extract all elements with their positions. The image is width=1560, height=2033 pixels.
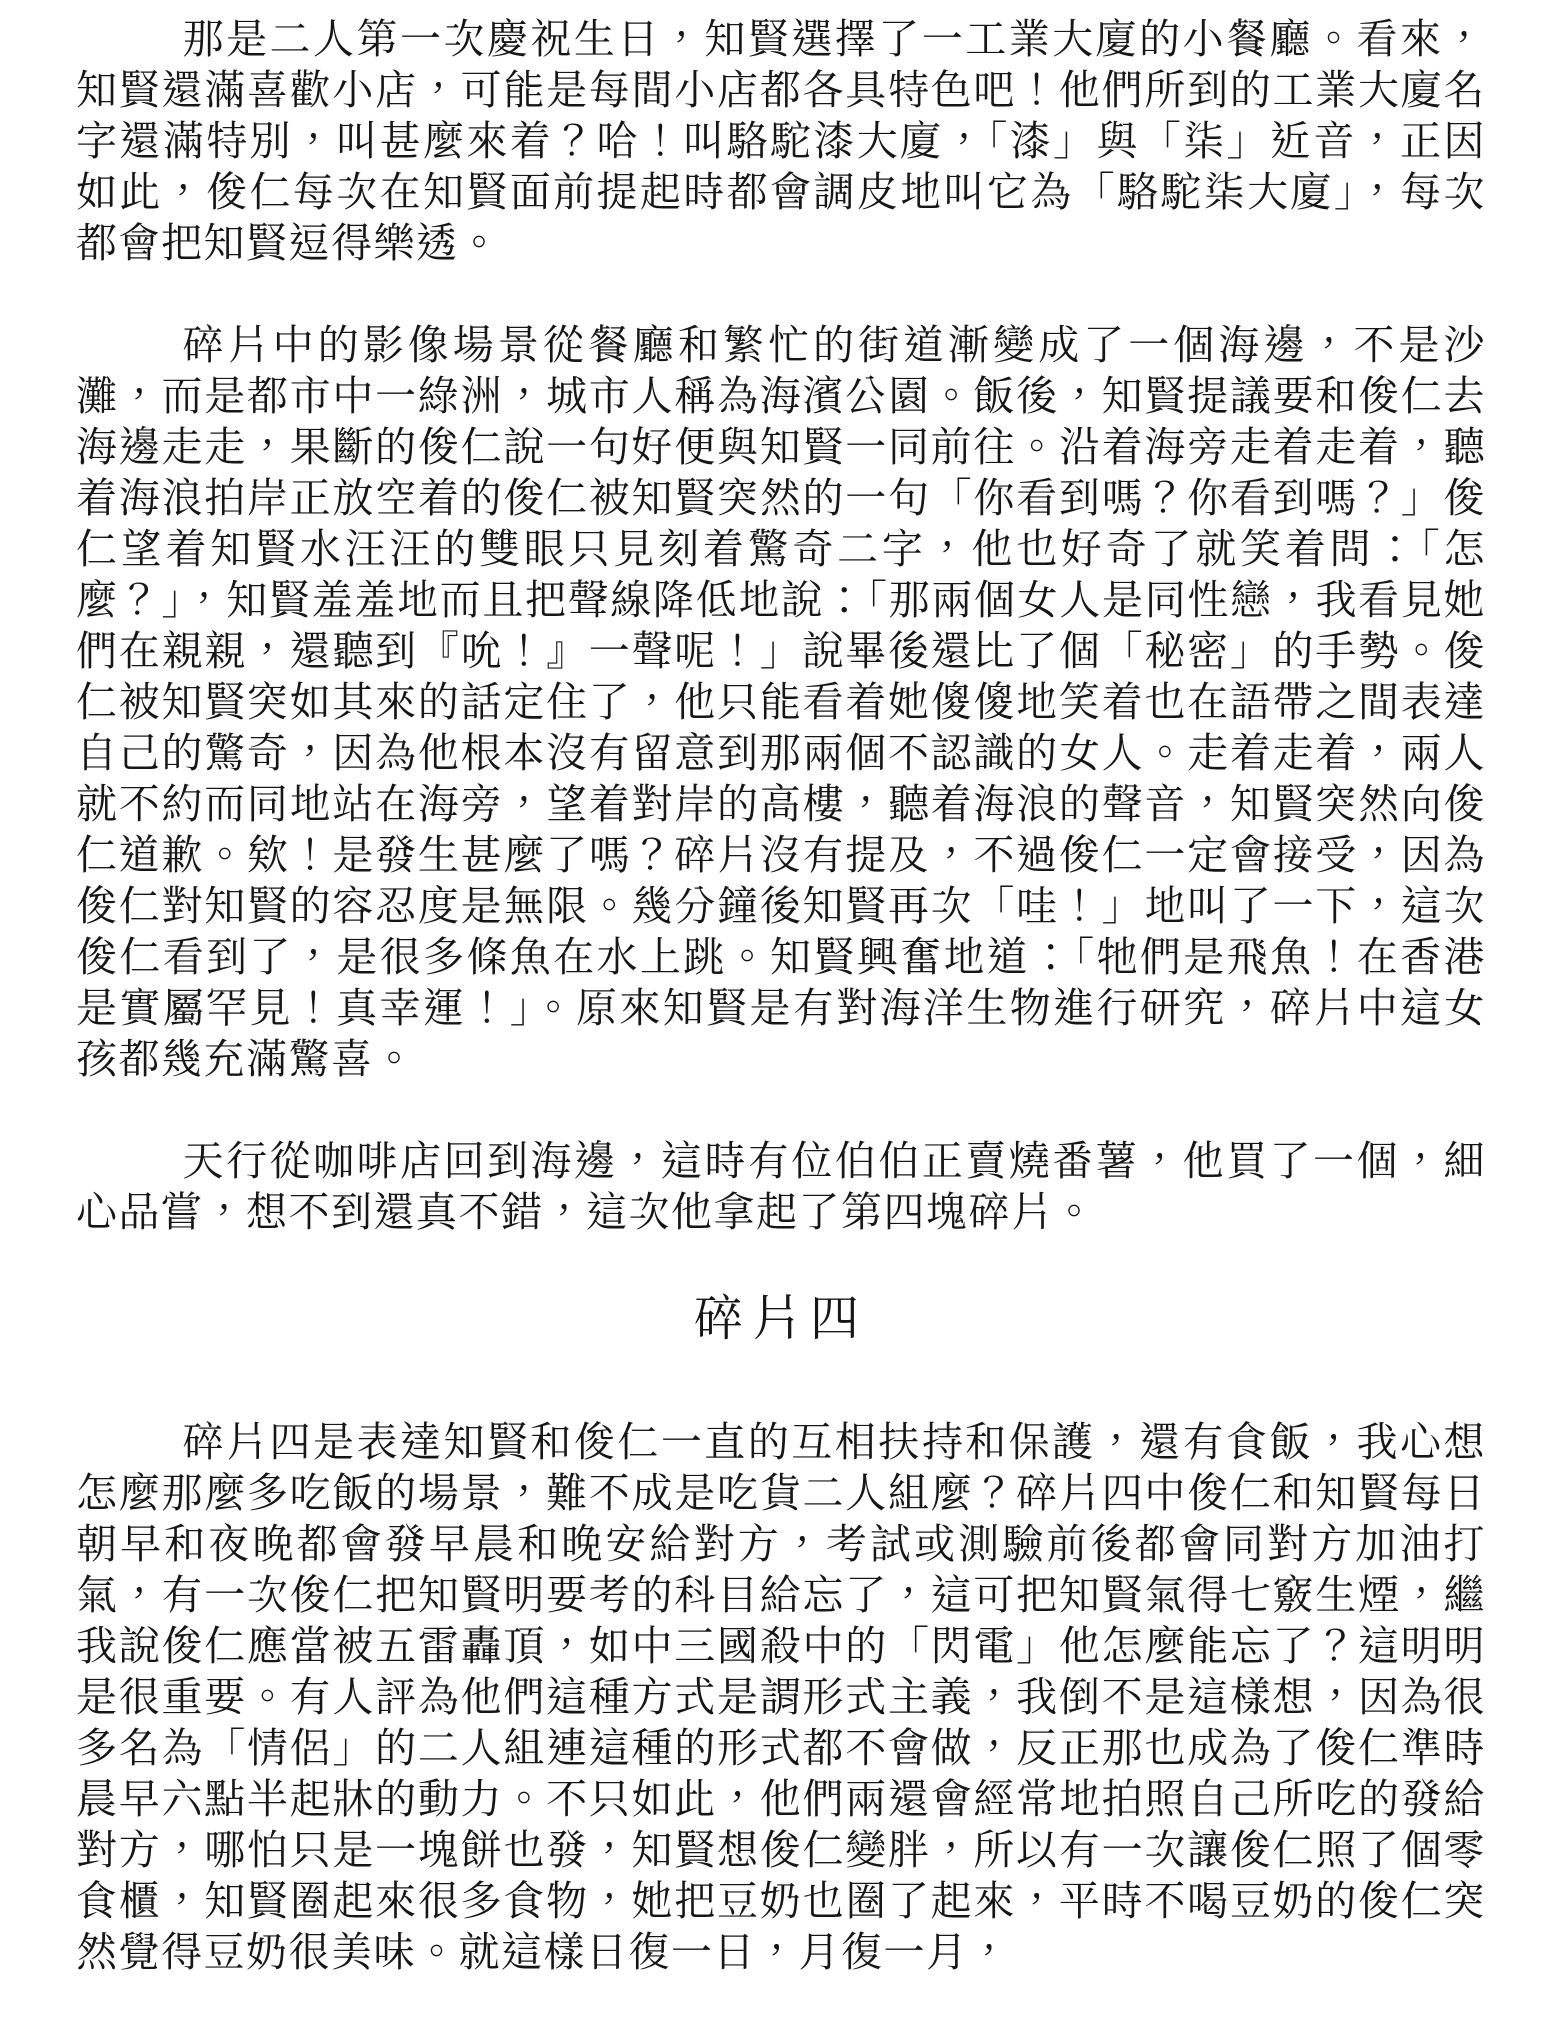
section-heading-fragment-four: 碎片四 xyxy=(76,1289,1486,1349)
story-paragraph-sweet-potato: 天行從咖啡店回到海邊，這時有位伯伯正賣燒番薯，他買了一個，細心品嘗，想不到還真不… xyxy=(76,1136,1486,1238)
story-paragraph-fragment-four: 碎片四是表達知賢和俊仁一直的互相扶持和保護，還有食飯，我心想怎麼那麼多吃飯的場景… xyxy=(76,1417,1486,1978)
story-paragraph-birthday: 那是二人第一次慶祝生日，知賢選擇了一工業大廈的小餐廳。看來，知賢還滿喜歡小店，可… xyxy=(76,14,1486,269)
document-page: 那是二人第一次慶祝生日，知賢選擇了一工業大廈的小餐廳。看來，知賢還滿喜歡小店，可… xyxy=(0,0,1560,2033)
story-paragraph-seaside: 碎片中的影像場景從餐廳和繁忙的街道漸變成了一個海邊，不是沙灘，而是都市中一綠洲，… xyxy=(76,320,1486,1085)
